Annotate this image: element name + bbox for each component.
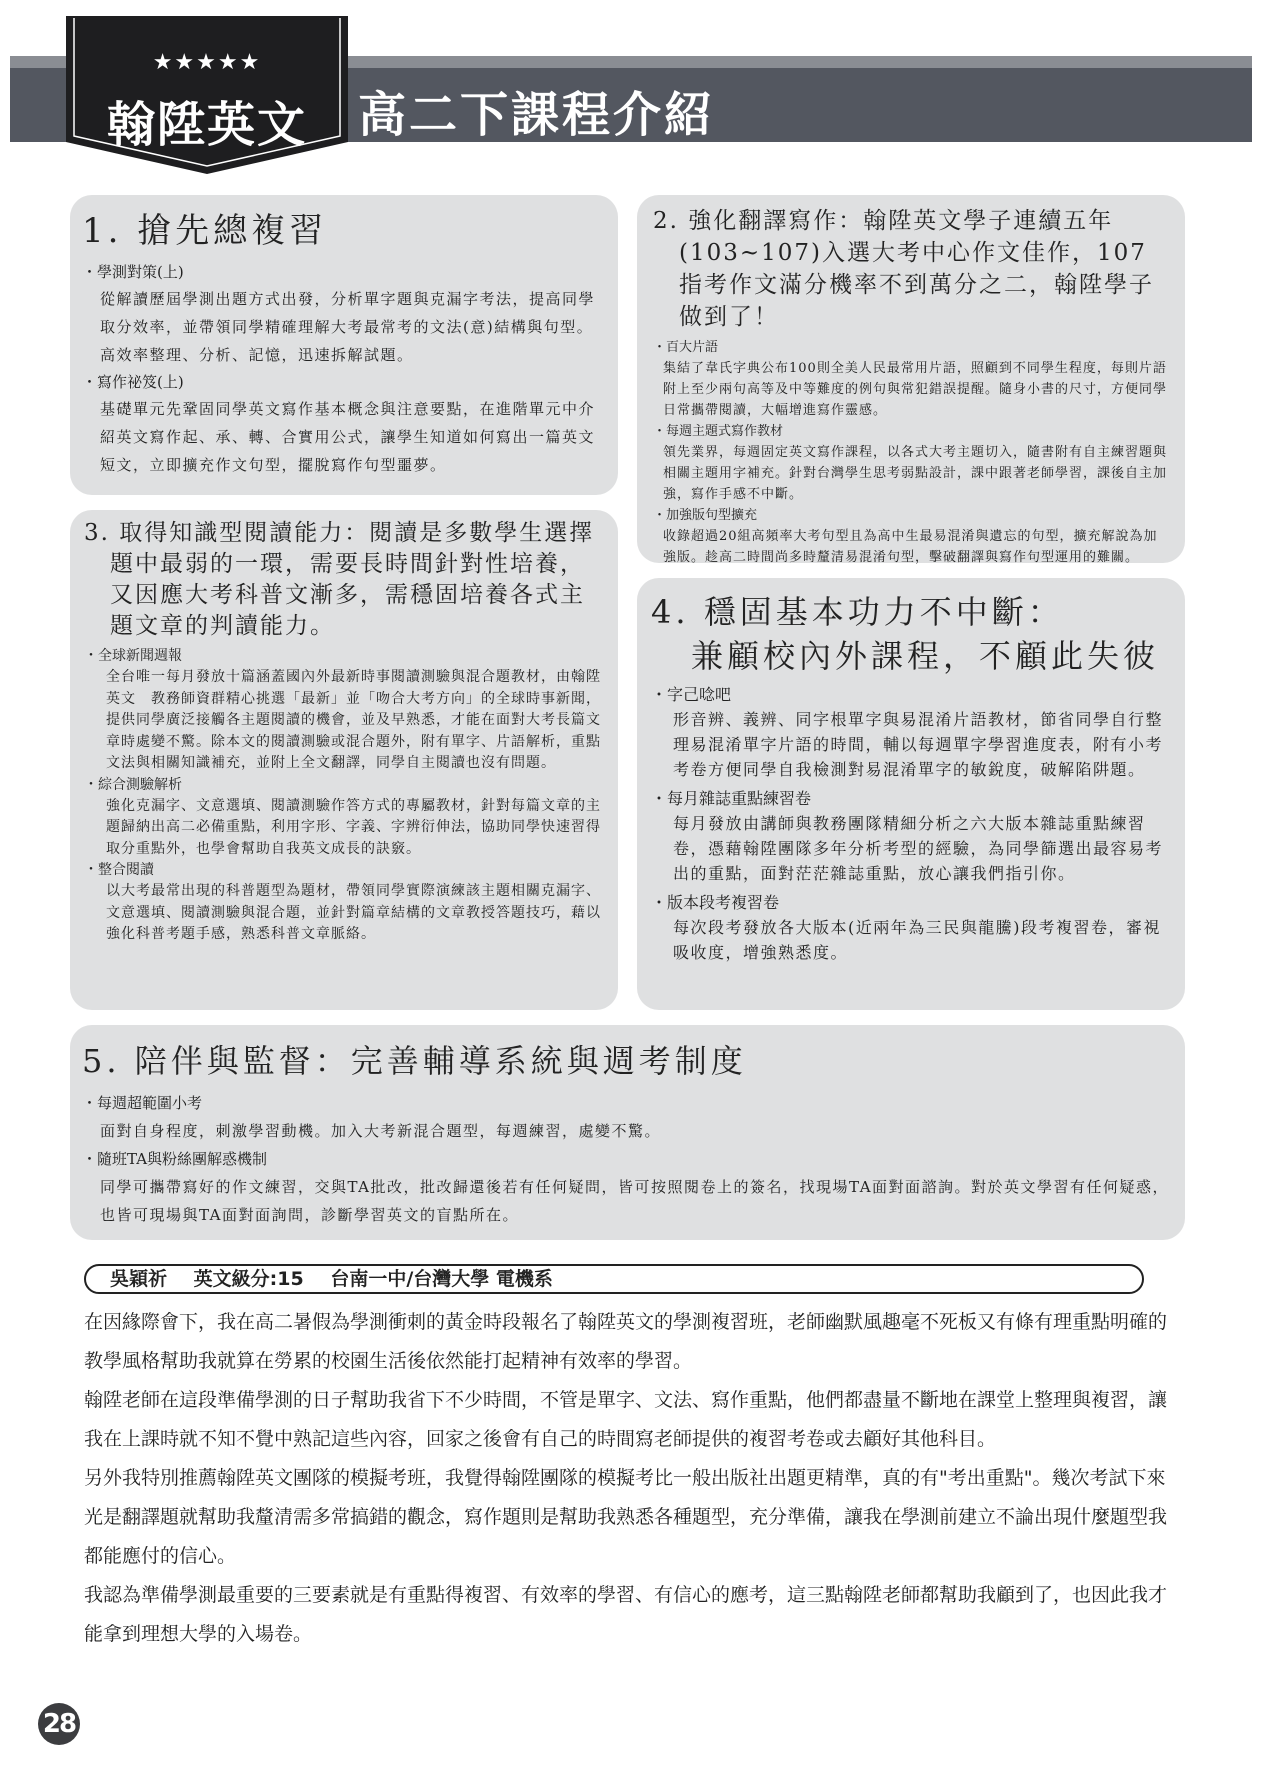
item-title: 版本段考複習卷 [651, 890, 1171, 915]
testimonial-paragraph: 翰陞老師在這段準備學測的日子幫助我省下不少時間，不管是單字、文法、寫作重點，他們… [84, 1381, 1174, 1459]
section-5-heading: 5. 陪伴與監督：完善輔導系統與週考制度 [82, 1039, 1171, 1083]
section-4-heading: 4. 穩固基本功力不中斷： 兼顧校內外課程，不顧此失彼 [651, 590, 1171, 678]
section-4-heading-line1: 4. 穩固基本功力不中斷： [651, 593, 1064, 631]
item-title: 每月雜誌重點練習卷 [651, 786, 1171, 811]
section-2-box: 2. 強化翻譯寫作：翰陞英文學子連續五年(103~107)入選大考中心作文佳作，… [637, 195, 1185, 563]
section-1-heading: 1. 搶先總複習 [82, 209, 604, 253]
item-body: 強化克漏字、文意選填、閱讀測驗作答方式的專屬教材，針對每篇文章的主題歸納出高二必… [106, 796, 606, 861]
item-title: 字己唸吧 [651, 682, 1171, 707]
section-1-box: 1. 搶先總複習 學測對策(上) 從解讀歷屆學測出題方式出發，分析單字題與克漏字… [70, 195, 618, 495]
item-title: 全球新聞週報 [84, 646, 606, 667]
item-body: 領先業界，每週固定英文寫作課程，以各式大考主題切入，隨書附有自主練習題與相關主題… [663, 442, 1171, 505]
item-body: 基礎單元先鞏固同學英文寫作基本概念與注意要點，在進階單元中介紹英文寫作起、承、轉… [100, 395, 604, 479]
brand-badge: ★★★★★ 翰陞英文 [66, 16, 348, 174]
page-number: 28 [38, 1703, 80, 1745]
item-body: 每月發放由講師與教務團隊精細分析之六大版本雜誌重點練習卷，憑藉翰陞團隊多年分析考… [673, 811, 1171, 886]
student-school: 台南一中/台灣大學 電機系 [330, 1268, 553, 1290]
section-3-box: 3. 取得知識型閱讀能力：閱讀是多數學生選擇題中最弱的一環，需要長時間針對性培養… [70, 510, 618, 1010]
testimonial-paragraph: 在因緣際會下，我在高二暑假為學測衝刺的黃金時段報名了翰陞英文的學測複習班，老師幽… [84, 1303, 1174, 1381]
item-body: 全台唯一每月發放十篇涵蓋國內外最新時事閱讀測驗與混合題教材，由翰陞英文 教務師資… [106, 667, 606, 775]
item-title: 整合閱讀 [84, 860, 606, 881]
section-4-heading-line2: 兼顧校內外課程，不顧此失彼 [651, 634, 1171, 678]
item-title: 學測對策(上) [82, 259, 604, 285]
item-body: 每次段考發放各大版本(近兩年為三民與龍騰)段考複習卷，審視吸收度，增強熟悉度。 [673, 915, 1171, 965]
item-title: 加強版句型擴充 [653, 505, 1171, 526]
section-5-box: 5. 陪伴與監督：完善輔導系統與週考制度 每週超範圍小考 面對自身程度，刺激學習… [70, 1025, 1185, 1240]
item-body: 面對自身程度，刺激學習動機。加入大考新混合題型，每週練習，處變不驚。 [100, 1117, 1171, 1145]
item-body: 收錄超過20組高頻率大考句型且為高中生最易混淆與遺忘的句型，擴充解說為加強版。趁… [663, 526, 1171, 568]
item-body: 形音辨、義辨、同字根單字與易混淆片語教材，節省同學自行整理易混淆單字片語的時間，… [673, 707, 1171, 782]
brand-name: 翰陞英文 [66, 86, 348, 155]
item-title: 每週主題式寫作教材 [653, 421, 1171, 442]
item-title: 每週超範圍小考 [82, 1089, 1171, 1117]
student-score: 英文級分:15 [194, 1268, 304, 1290]
testimonial-header: 吳穎祈 英文級分:15 台南一中/台灣大學 電機系 [84, 1264, 1144, 1294]
item-body: 同學可攜帶寫好的作文練習，交與TA批改，批改歸還後若有任何疑問，皆可按照閱卷上的… [100, 1173, 1171, 1229]
item-body: 集結了韋氏字典公布100則全美人民最常用片語，照顧到不同學生程度，每則片語附上至… [663, 358, 1171, 421]
item-body: 從解讀歷屆學測出題方式出發，分析單字題與克漏字考法，提高同學取分效率，並帶領同學… [100, 285, 604, 369]
student-name: 吳穎祈 [110, 1268, 167, 1290]
item-title: 寫作祕笈(上) [82, 369, 604, 395]
stars-icon: ★★★★★ [66, 50, 348, 75]
item-body: 以大考最常出現的科普題型為題材，帶領同學實際演練該主題相關克漏字、文意選填、閱讀… [106, 881, 606, 946]
testimonial-body: 在因緣際會下，我在高二暑假為學測衝刺的黃金時段報名了翰陞英文的學測複習班，老師幽… [84, 1303, 1174, 1654]
item-title: 隨班TA與粉絲團解惑機制 [82, 1145, 1171, 1173]
item-title: 百大片語 [653, 337, 1171, 358]
testimonial-paragraph: 我認為準備學測最重要的三要素就是有重點得複習、有效率的學習、有信心的應考，這三點… [84, 1576, 1174, 1654]
page-title: 高二下課程介紹 [358, 76, 715, 145]
item-title: 綜合測驗解析 [84, 775, 606, 796]
testimonial-paragraph: 另外我特別推薦翰陞英文團隊的模擬考班，我覺得翰陞團隊的模擬考比一般出版社出題更精… [84, 1459, 1174, 1576]
section-4-box: 4. 穩固基本功力不中斷： 兼顧校內外課程，不顧此失彼 字己唸吧 形音辨、義辨、… [637, 578, 1185, 1010]
section-2-heading: 2. 強化翻譯寫作：翰陞英文學子連續五年(103~107)入選大考中心作文佳作，… [653, 205, 1171, 333]
section-3-heading: 3. 取得知識型閱讀能力：閱讀是多數學生選擇題中最弱的一環，需要長時間針對性培養… [84, 518, 606, 642]
